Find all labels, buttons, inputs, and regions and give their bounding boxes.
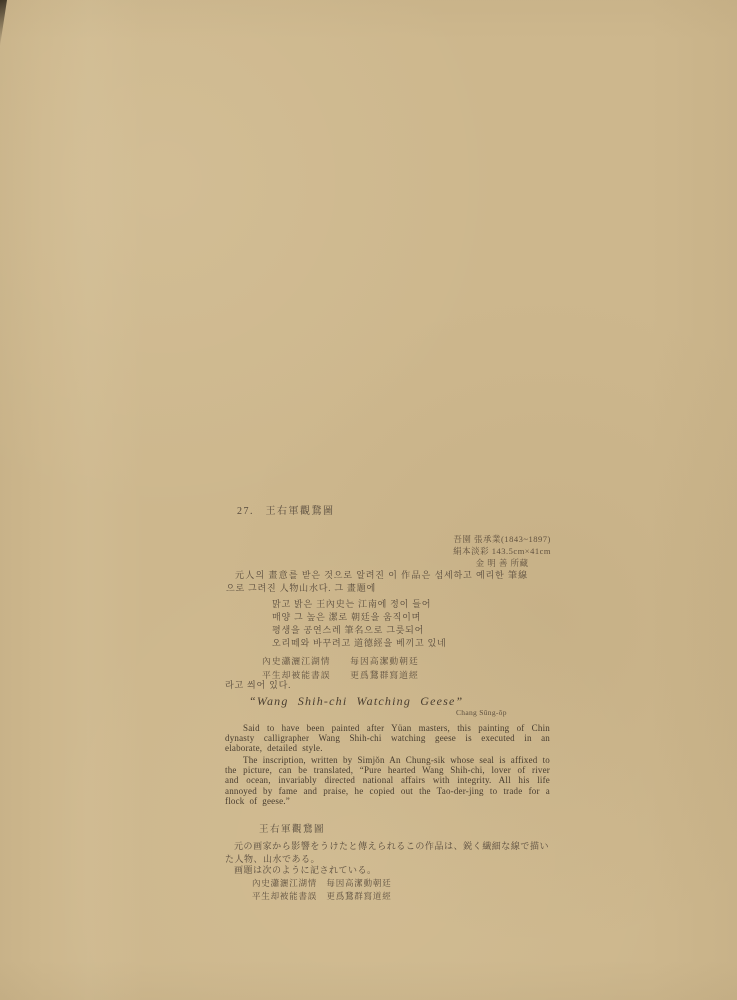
english-paragraph-1: Said to have been painted after Yüan mas…: [225, 723, 550, 754]
artist-credit-line: 吾園 張承業(1843~1897): [453, 533, 551, 545]
couplet-line-1: 內史瀟灑江湖情 每因高潔動朝廷: [262, 655, 419, 669]
english-paragraph-2: The inscription, written by Simjŏn An Ch…: [225, 755, 550, 806]
korean-closing-line: 라고 씌어 있다.: [225, 678, 291, 691]
japanese-paragraph-2: 画題は次のように記されている。: [225, 864, 549, 877]
korean-poem-line-1: 맑고 밝은 王內史는 江南에 정이 들어: [272, 598, 447, 611]
medium-size-line: 絹本淡彩 143.5cm×41cm: [453, 545, 551, 557]
korean-poem-line-3: 평생을 공연스레 筆名으로 그릇되어: [272, 624, 447, 637]
scan-corner-artifact: [0, 0, 7, 46]
korean-poem-line-2: 매양 그 높은 潔로 朝廷을 움직이며: [272, 611, 447, 624]
artwork-credits: 吾園 張承業(1843~1897) 絹本淡彩 143.5cm×41cm 金 明 …: [453, 533, 551, 569]
japanese-title: 王右軍觀鵞圖: [259, 821, 325, 835]
entry-number-title: 27. 王右軍觀鵞圖: [237, 502, 335, 517]
collection-line: 金 明 善 所藏: [453, 557, 551, 569]
japanese-section-couplet: 內史瀟灑江湖情 每因高潔動朝廷 平生却被能書誤 更爲鵞群寫道經: [252, 877, 392, 902]
korean-poem: 맑고 밝은 王內史는 江南에 정이 들어 매양 그 높은 潔로 朝廷을 움직이며…: [272, 598, 447, 650]
japanese-couplet-line-2: 平生却被能書誤 更爲鵞群寫道經: [252, 890, 392, 903]
english-title: “Wang Shih-chi Watching Geese”: [249, 694, 463, 709]
english-artist-name: Chang Sŭng-ŏp: [456, 708, 507, 717]
korean-poem-line-4: 오리떼와 바꾸려고 道德經을 베끼고 있네: [272, 637, 447, 650]
japanese-paragraph-1: 元の画家から影響をうけたと傳えられるこの作品は、鋭く繊細な線で描いた人物、山水で…: [225, 840, 549, 865]
korean-intro-paragraph: 元人의 畫意를 받은 것으로 알려진 이 作品은 섬세하고 예리한 筆線으로 그…: [226, 569, 528, 595]
catalog-page: 27. 王右軍觀鵞圖 吾園 張承業(1843~1897) 絹本淡彩 143.5c…: [0, 0, 737, 1000]
japanese-couplet-line-1: 內史瀟灑江湖情 每因高潔動朝廷: [252, 877, 392, 890]
